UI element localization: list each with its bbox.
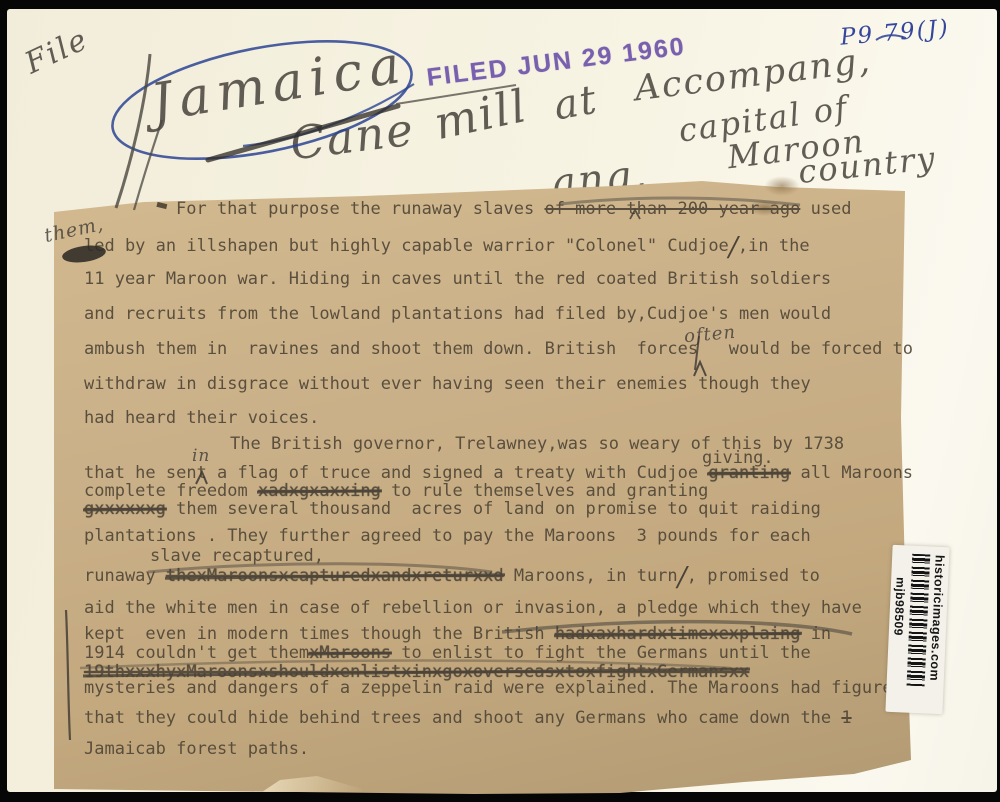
photo-back-scan: File Jamaica FILED JUN 29 1960 P9 79(J) … <box>0 0 1000 802</box>
sticker-site-label: historicimages.com <box>927 555 947 687</box>
barcode <box>906 554 930 687</box>
sticker-inventory-code: mjb98509 <box>889 577 908 686</box>
handwritten-correction-in: in <box>192 446 210 466</box>
caption-sheet <box>54 178 912 794</box>
handwritten-caption-word: at <box>550 77 601 130</box>
barcode-sticker: mjb98509 historicimages.com <box>885 545 949 714</box>
